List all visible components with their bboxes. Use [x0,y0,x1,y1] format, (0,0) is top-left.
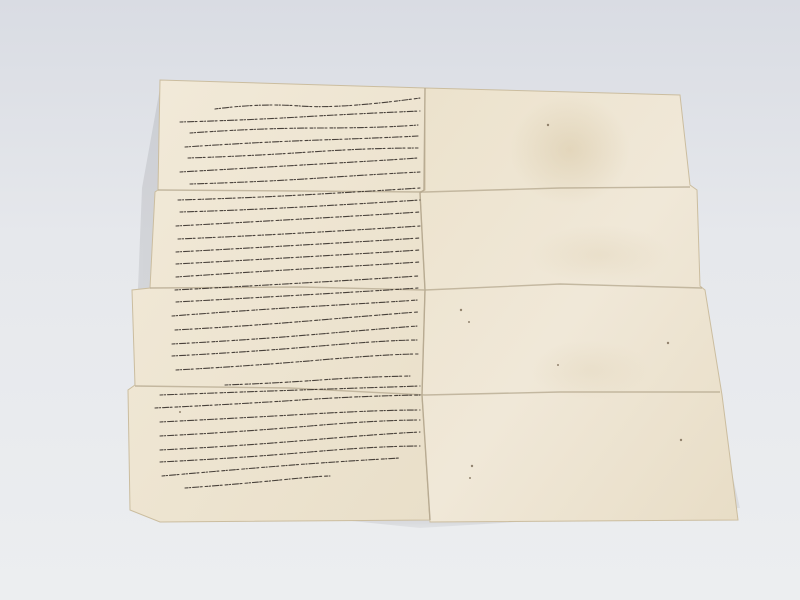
document-sheet [0,0,800,600]
photo-scene [0,0,800,600]
left-half [128,80,430,522]
right-half [420,88,738,522]
document-drawing [0,0,800,600]
